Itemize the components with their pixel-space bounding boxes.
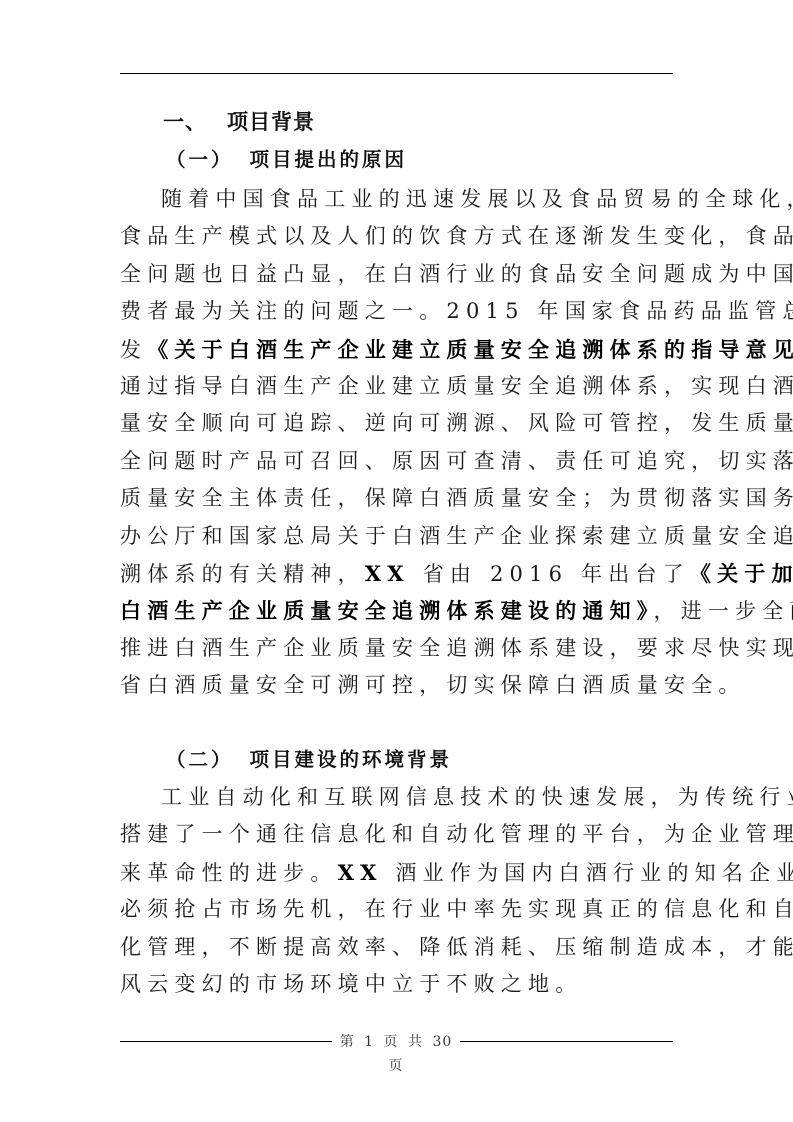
text-segment: 质量安全主体责任，保障白酒质量安全；为贯彻落实国务院: [120, 486, 793, 510]
text-segment: 办公厅和国家总局关于白酒生产企业探索建立质量安全追: [120, 524, 793, 548]
text-line: 省白酒质量安全可溯可控，切实保障白酒质量安全。: [120, 667, 673, 704]
page-number: 第 1 页 共 30 页: [332, 1030, 460, 1078]
text-line: 工业自动化和互联网信息技术的快速发展，为传统行业: [120, 779, 714, 816]
text-segment: ，进一步全面: [654, 599, 793, 623]
text-segment: 省白酒质量安全可溯可控，切实保障白酒质量安全。: [120, 673, 746, 697]
text-line: 白酒生产企业质量安全追溯体系建设的通知》，进一步全面: [120, 592, 673, 629]
text-segment: 搭建了一个通往信息化和自动化管理的平台，为企业管理带: [120, 822, 793, 846]
text-segment: 费者最为关注的问题之一。2015 年国家食品药品监管总局印: [120, 299, 793, 323]
text-segment: 必须抢占市场先机，在行业中率先实现真正的信息化和自动: [120, 897, 793, 921]
text-line: 通过指导白酒生产企业建立质量安全追溯体系，实现白酒质: [120, 368, 673, 405]
section-number: 一、: [163, 110, 207, 134]
footer-rule-left: [120, 1041, 332, 1042]
text-line: 全问题时产品可召回、原因可查清、责任可追究，切实落实: [120, 443, 673, 480]
text-segment: 推进白酒生产企业质量安全追溯体系建设，要求尽快实现全: [120, 636, 793, 660]
text-line: 办公厅和国家总局关于白酒生产企业探索建立质量安全追: [120, 518, 673, 555]
text-segment: 化管理，不断提高效率、降低消耗、压缩制造成本，才能在: [120, 935, 793, 959]
subsection-heading-2: （二）项目建设的环境背景: [166, 742, 452, 778]
text-segment: 风云变幻的市场环境中立于不败之地。: [120, 972, 582, 996]
bold-text: XX: [338, 860, 383, 885]
text-segment: 溯体系的有关精神，: [120, 562, 365, 586]
text-segment: 全问题时产品可召回、原因可查清、责任可追究，切实落实: [120, 449, 793, 473]
text-segment: 省由 2016 年出台了: [410, 562, 690, 586]
page-footer: 第 1 页 共 30 页: [120, 1030, 673, 1054]
text-segment: 来革命性的进步。: [120, 861, 338, 885]
text-line: 食品生产模式以及人们的饮食方式在逐渐发生变化，食品安: [120, 218, 673, 255]
text-line: 全问题也日益凸显，在白酒行业的食品安全问题成为中国消: [120, 256, 673, 293]
text-segment: 食品生产模式以及人们的饮食方式在逐渐发生变化，食品安: [120, 224, 793, 248]
text-line: 来革命性的进步。XX 酒业作为国内白酒行业的知名企业，: [120, 854, 673, 891]
text-line: 发《关于白酒生产企业建立质量安全追溯体系的指导意见》，: [120, 331, 673, 368]
text-segment: 工业自动化和互联网信息技术的快速发展，为传统行业: [161, 785, 793, 809]
text-line: 搭建了一个通往信息化和自动化管理的平台，为企业管理带: [120, 816, 673, 853]
footer-rule-right: [460, 1041, 673, 1042]
bold-text: 《关于加快推进: [690, 561, 793, 586]
text-line: 费者最为关注的问题之一。2015 年国家食品药品监管总局印: [120, 293, 673, 330]
text-line: 化管理，不断提高效率、降低消耗、压缩制造成本，才能在: [120, 929, 673, 966]
text-segment: 随着中国食品工业的迅速发展以及食品贸易的全球化，: [161, 187, 793, 211]
text-line: 随着中国食品工业的迅速发展以及食品贸易的全球化，: [120, 181, 714, 218]
text-segment: 酒业作为国内白酒行业的知名企业，: [383, 861, 793, 885]
text-line: 量安全顺向可追踪、逆向可溯源、风险可管控，发生质量安: [120, 405, 673, 442]
text-line: 风云变幻的市场环境中立于不败之地。: [120, 966, 673, 1003]
text-segment: 通过指导白酒生产企业建立质量安全追溯体系，实现白酒质: [120, 374, 793, 398]
text-line: 推进白酒生产企业质量安全追溯体系建设，要求尽快实现全: [120, 630, 673, 667]
text-segment: 全问题也日益凸显，在白酒行业的食品安全问题成为中国消: [120, 262, 793, 286]
subsection-number: （一）: [166, 148, 234, 171]
text-segment: 量安全顺向可追踪、逆向可溯源、风险可管控，发生质量安: [120, 411, 793, 435]
text-line: 溯体系的有关精神，XX 省由 2016 年出台了《关于加快推进: [120, 555, 673, 592]
section-heading: 一、项目背景: [163, 104, 315, 140]
text-line: 必须抢占市场先机，在行业中率先实现真正的信息化和自动: [120, 891, 673, 928]
text-line: 质量安全主体责任，保障白酒质量安全；为贯彻落实国务院: [120, 480, 673, 517]
bold-text: 白酒生产企业质量安全追溯体系建设的通知》: [120, 598, 654, 623]
bold-text: 《关于白酒生产企业建立质量安全追溯体系的指导意见》: [147, 337, 793, 362]
header-rule: [120, 73, 673, 74]
subsection-title: 项目提出的原因: [250, 148, 408, 171]
subsection-title: 项目建设的环境背景: [250, 748, 453, 771]
text-segment: 发: [120, 338, 147, 362]
subsection-heading-1: （一）项目提出的原因: [166, 142, 407, 178]
bold-text: XX: [365, 561, 410, 586]
subsection-number: （二）: [166, 748, 234, 771]
section-title: 项目背景: [227, 110, 315, 134]
